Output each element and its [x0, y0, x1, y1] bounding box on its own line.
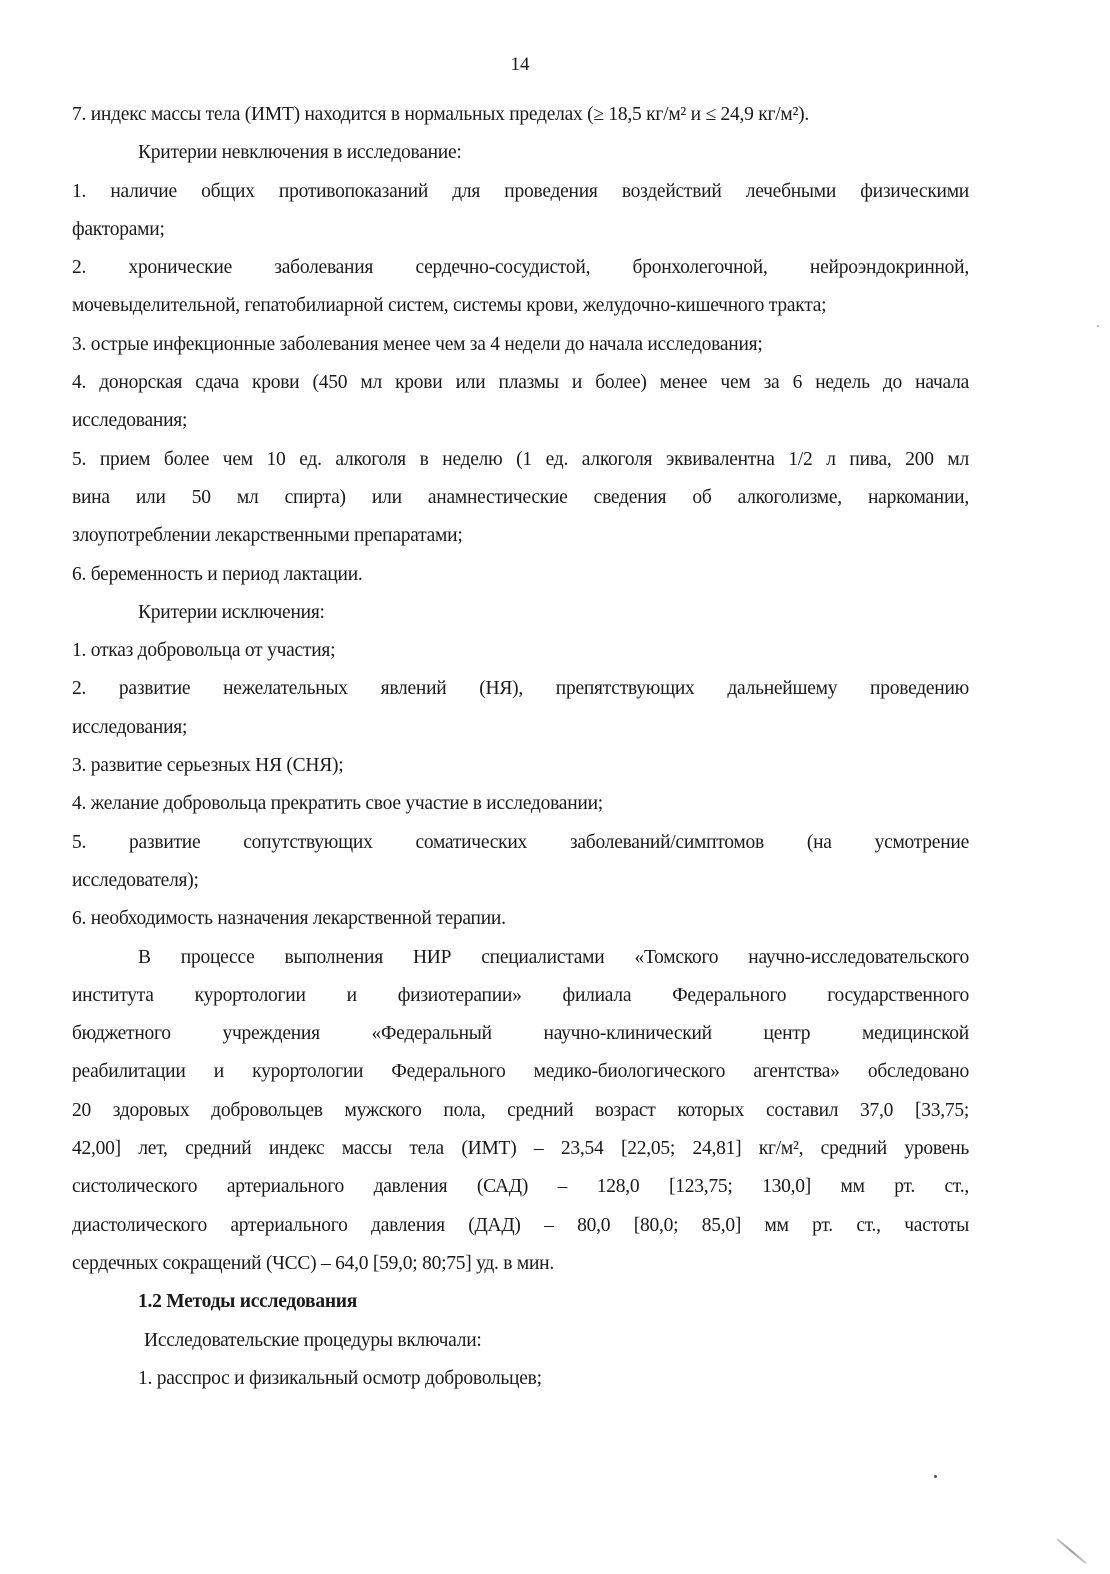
study-paragraph-line-9: сердечных сокращений (ЧСС) – 64,0 [59,0;…: [72, 1245, 969, 1283]
study-paragraph-line-3: бюджетного учреждения «Федеральный научн…: [72, 1015, 969, 1053]
non-inclusion-item-4-line-2: исследования;: [72, 402, 969, 440]
study-paragraph-line-5: 20 здоровых добровольцев мужского пола, …: [72, 1092, 969, 1130]
exclusion-item-5-line-1: 5. развитие сопутствующих соматических з…: [72, 824, 969, 862]
non-inclusion-item-5-line-2: вина или 50 мл спирта) или анамнестическ…: [72, 479, 969, 517]
study-paragraph-line-7: систолического артериального давления (С…: [72, 1168, 969, 1206]
exclusion-item-2-line-2: исследования;: [72, 709, 969, 747]
inclusion-criterion-7: 7. индекс массы тела (ИМТ) находится в н…: [72, 96, 969, 134]
non-inclusion-item-2-line-2: мочевыделительной, гепатобилиарной систе…: [72, 287, 969, 325]
non-inclusion-item-6: 6. беременность и период лактации.: [72, 556, 969, 594]
exclusion-item-3: 3. развитие серьезных НЯ (СНЯ);: [72, 747, 969, 785]
non-inclusion-heading: Критерии невключения в исследование:: [72, 134, 969, 172]
non-inclusion-item-5-line-1: 5. прием более чем 10 ед. алкоголя в нед…: [72, 441, 969, 479]
exclusion-item-1: 1. отказ добровольца от участия;: [72, 632, 969, 670]
study-paragraph-line-6: 42,00] лет, средний индекс массы тела (И…: [72, 1130, 969, 1168]
document-page: 14 7. индекс массы тела (ИМТ) находится …: [0, 0, 1110, 1574]
page-number: 14: [0, 54, 1040, 76]
non-inclusion-item-2-line-1: 2. хронические заболевания сердечно-сосу…: [72, 249, 969, 287]
non-inclusion-item-3: 3. острые инфекционные заболевания менее…: [72, 326, 969, 364]
study-paragraph-line-2: института курортологии и физиотерапии» ф…: [72, 977, 969, 1015]
study-paragraph-line-4: реабилитации и курортологии Федерального…: [72, 1053, 969, 1091]
exclusion-item-6: 6. необходимость назначения лекарственно…: [72, 900, 969, 938]
scan-artifact-dot: [934, 1475, 937, 1478]
non-inclusion-item-1-line-1: 1. наличие общих противопоказаний для пр…: [72, 173, 969, 211]
exclusion-item-2-line-1: 2. развитие нежелательных явлений (НЯ), …: [72, 670, 969, 708]
methods-intro: Исследовательские процедуры включали:: [72, 1322, 969, 1360]
page-content: 7. индекс массы тела (ИМТ) находится в н…: [72, 96, 969, 1398]
study-paragraph-line-8: диастолического артериального давления (…: [72, 1207, 969, 1245]
study-paragraph-line-1: В процессе выполнения НИР специалистами …: [72, 939, 969, 977]
scan-artifact-dot-right: [1097, 325, 1099, 327]
non-inclusion-item-5-line-3: злоупотреблении лекарственными препарата…: [72, 517, 969, 555]
methods-item-1: 1. расспрос и физикальный осмотр доброво…: [72, 1360, 969, 1398]
exclusion-item-5-line-2: исследователя);: [72, 862, 969, 900]
non-inclusion-item-4-line-1: 4. донорская сдача крови (450 мл крови и…: [72, 364, 969, 402]
section-heading-methods: 1.2 Методы исследования: [72, 1283, 969, 1321]
scan-artifact-stroke: [1056, 1538, 1086, 1564]
non-inclusion-item-1-line-2: факторами;: [72, 211, 969, 249]
exclusion-item-4: 4. желание добровольца прекратить свое у…: [72, 785, 969, 823]
exclusion-heading: Критерии исключения:: [72, 594, 969, 632]
